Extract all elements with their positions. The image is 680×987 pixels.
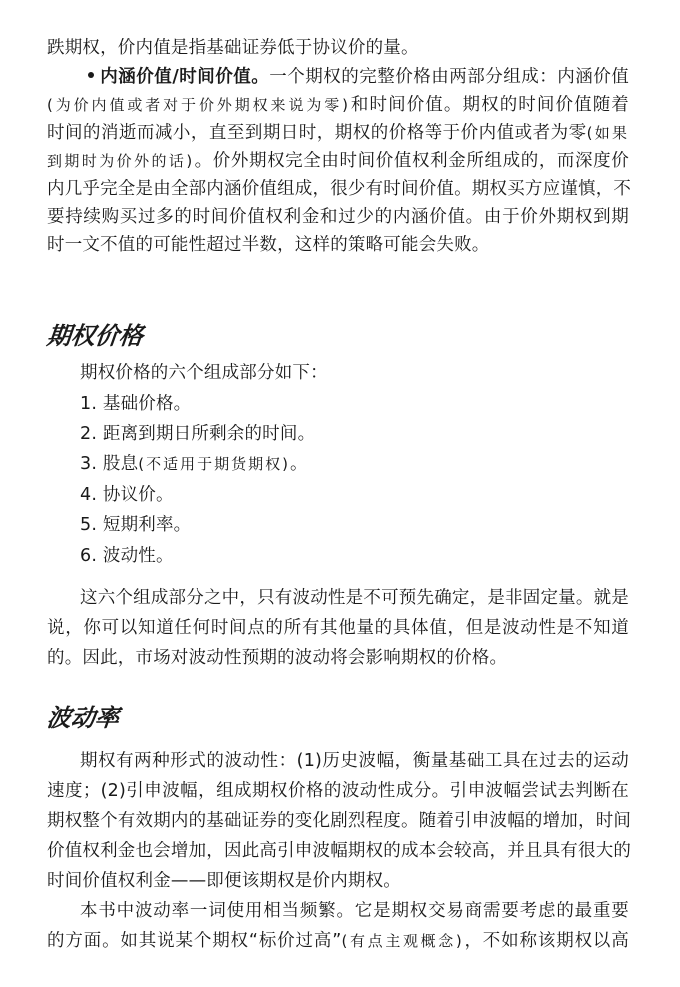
list-text: 股息 (103, 454, 138, 474)
text-span: 。价外期权完全由时间价值权利金所组成的，而深度价 (194, 151, 629, 171)
list-text: 波动性。 (103, 546, 174, 566)
list-number: 1. (80, 394, 97, 414)
parenthetical: (有点主观概念) (342, 932, 464, 950)
text-line: 说，你可以知道任何时间点的所有其他量的具体值，但是波动性是不知道 (47, 617, 629, 639)
text-span: ，不如称该期权以高 (464, 931, 629, 951)
bullet-icon (88, 72, 94, 78)
text-line: 期权有两种形式的波动性：(1)历史波幅，衡量基础工具在过去的运动 (80, 750, 629, 772)
list-item: 3. 股息(不适用于期货期权)。 (80, 453, 308, 475)
list-item: 2. 距离到期日所剩余的时间。 (80, 423, 315, 445)
text-line: 期权整个有效期内的基础证券的变化剧烈程度。随着引申波幅的增加，时间 (47, 810, 629, 832)
text-line: 期权价格的六个组成部分如下： (80, 362, 328, 384)
text-span: 和时间价值。期权的时间价值随着 (350, 95, 629, 115)
text-line: (为价内值或者对于价外期权来说为零)和时间价值。期权的时间价值随着 (47, 94, 629, 116)
parenthetical: (为价内值或者对于价外期权来说为零) (47, 96, 350, 114)
text-line: 要持续购买过多的时间价值权利金和过少的内涵价值。由于价外期权到期 (47, 206, 629, 228)
parenthetical: (不适用于期货期权) (138, 455, 290, 473)
list-number: 4. (80, 485, 97, 505)
text-line: 内几乎完全是由全部内涵价值组成，很少有时间价值。期权买方应谨慎，不 (47, 178, 629, 200)
text-line: 到期时为价外的话)。价外期权完全由时间价值权利金所组成的，而深度价 (47, 150, 629, 172)
text-span: 的方面。如其说某个期权“标价过高” (47, 931, 342, 951)
text-line: 时一文不值的可能性超过半数，这样的策略可能会失败。 (47, 234, 629, 256)
text-line: 的方面。如其说某个期权“标价过高”(有点主观概念)，不如称该期权以高 (47, 930, 629, 952)
text-line: 跌期权，价内值是指基础证券低于协议价的量。 (47, 37, 629, 59)
list-text: 基础价格。 (103, 394, 192, 414)
text-line: 时间的消逝而减小，直至到期日时，期权的价格等于价内值或者为零(如果 (47, 122, 629, 144)
parenthetical: (如果 (587, 124, 629, 142)
list-number: 6. (80, 546, 97, 566)
text-line: 时间价值权利金——即便该期权是价内期权。 (47, 870, 629, 892)
list-item: 4. 协议价。 (80, 484, 174, 506)
list-number: 5. (80, 515, 97, 535)
list-number: 3. (80, 454, 97, 474)
section-heading-option-price: 期权价格 (46, 322, 145, 350)
list-text: 距离到期日所剩余的时间。 (103, 424, 315, 444)
bullet-term: 内涵价值/时间价值。 (100, 67, 269, 87)
text-line: 本书中波动率一词使用相当频繁。它是期权交易商需要考虑的最重要 (80, 900, 629, 922)
list-item: 5. 短期利率。 (80, 514, 191, 536)
list-item: 1. 基础价格。 (80, 393, 191, 415)
bullet-paragraph-line: 内涵价值/时间价值。一个期权的完整价格由两部分组成：内涵价值 (88, 66, 629, 88)
text-span: 时间的消逝而减小，直至到期日时，期权的价格等于价内值或者为零 (47, 123, 587, 143)
text-line: 的。因此，市场对波动性预期的波动将会影响期权的价格。 (47, 647, 629, 669)
text-line: 速度；(2)引申波幅，组成期权价格的波动性成分。引申波幅尝试去判断在 (47, 780, 629, 802)
parenthetical: 到期时为价外的话) (47, 152, 194, 170)
list-text-tail: 。 (290, 454, 308, 474)
section-heading-volatility: 波动率 (46, 704, 121, 732)
text-line: 这六个组成部分之中，只有波动性是不可预先确定，是非固定量。就是 (80, 587, 629, 609)
list-text: 协议价。 (103, 485, 174, 505)
list-item: 6. 波动性。 (80, 545, 174, 567)
list-text: 短期利率。 (103, 515, 192, 535)
text-line: 价值权利金也会增加，因此高引申波幅期权的成本会较高，并且具有很大的 (47, 840, 629, 862)
text-span: 一个期权的完整价格由两部分组成：内涵价值 (269, 67, 629, 87)
book-page: 跌期权，价内值是指基础证券低于协议价的量。 内涵价值/时间价值。一个期权的完整价… (0, 0, 680, 987)
list-number: 2. (80, 424, 97, 444)
